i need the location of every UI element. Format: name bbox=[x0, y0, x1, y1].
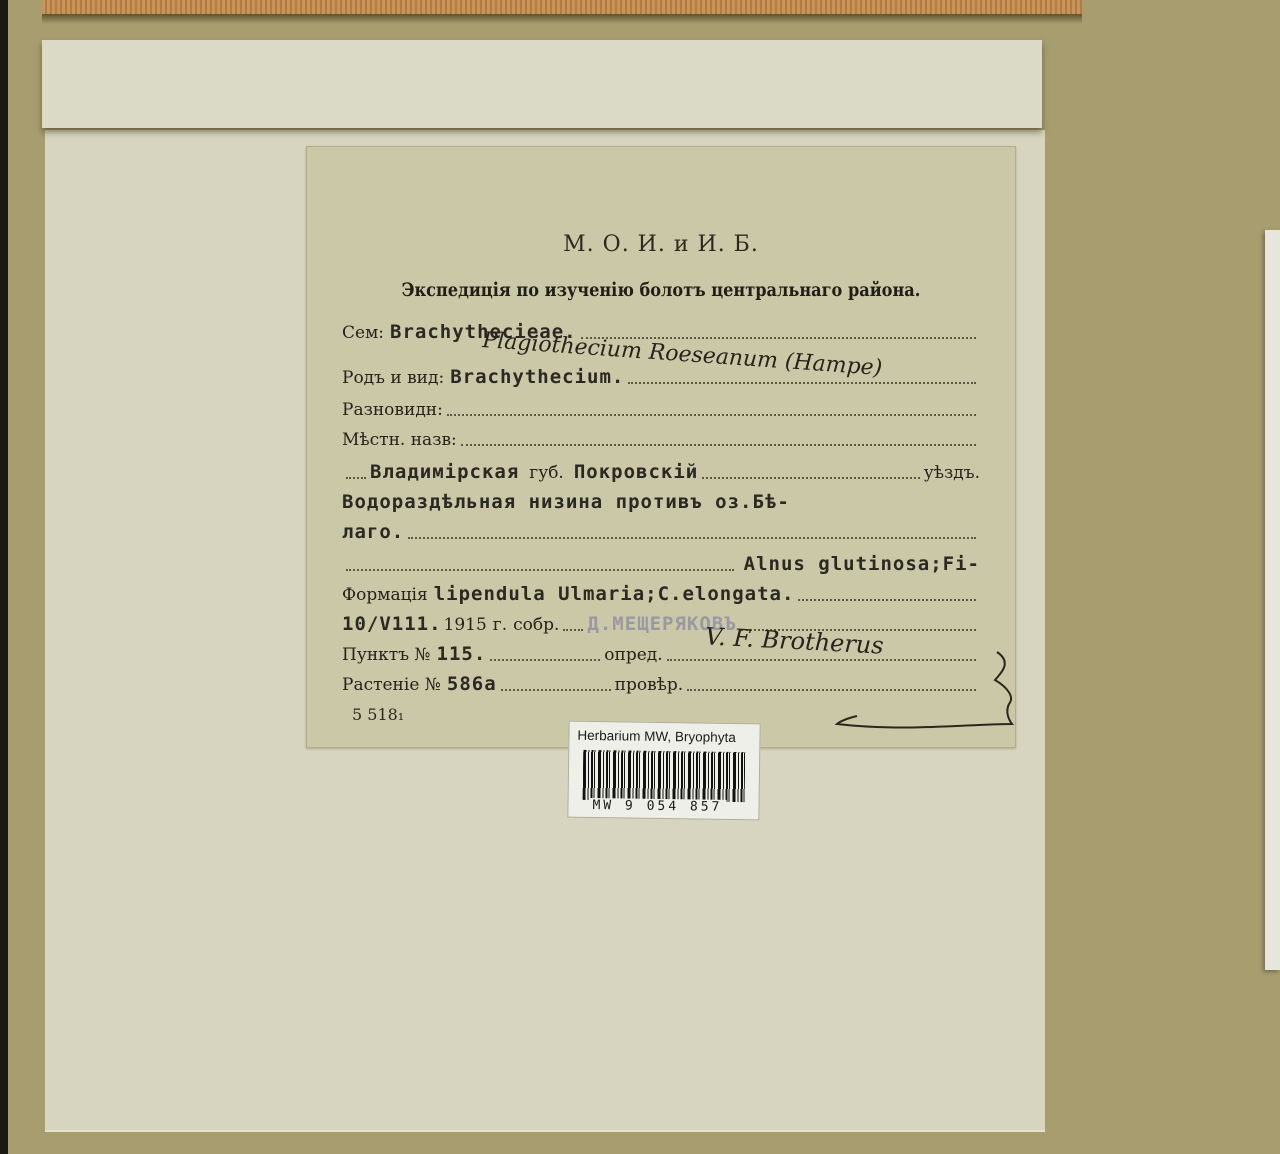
signature-flourish bbox=[827, 642, 1017, 732]
folder-flap bbox=[42, 40, 1042, 128]
formation-row-1: Alnus glutinosa;Fi- bbox=[342, 547, 980, 575]
genus-species-label: Родъ и вид: bbox=[342, 368, 444, 388]
dotted-line bbox=[447, 413, 976, 416]
point-label: Пунктъ № bbox=[342, 645, 431, 665]
district-value: Покровскій bbox=[574, 461, 698, 483]
locality-row-2: Водораздѣльная низина противъ оз.Бѣ- bbox=[342, 485, 980, 513]
dotted-line bbox=[408, 536, 976, 539]
verified-label: провѣр. bbox=[615, 675, 684, 695]
local-name-label: Мѣстн. назв: bbox=[342, 430, 457, 450]
year-suffix: г. bbox=[493, 615, 507, 635]
determined-label: опред. bbox=[604, 645, 662, 665]
catalog-number: 5 518₁ bbox=[352, 705, 404, 724]
locality-row-1: Владимірская губ. Покровскій уѣздъ. bbox=[342, 455, 980, 483]
formation-label: Формація bbox=[342, 585, 428, 605]
variety-label: Разновидн: bbox=[342, 400, 443, 420]
formation-row-2: Формація lipendula Ulmaria;C.elongata. bbox=[342, 577, 980, 605]
province-label: губ. bbox=[529, 463, 564, 483]
genus-species-row: Родъ и вид: Brachythecium. bbox=[342, 360, 980, 388]
locality-row-3: лаго. bbox=[342, 515, 980, 543]
color-ruler-strip bbox=[42, 0, 1082, 14]
province-value: Владимірская bbox=[370, 461, 519, 483]
ruler-shadow bbox=[42, 14, 1082, 24]
dotted-line bbox=[346, 568, 734, 571]
district-label: уѣздъ. bbox=[924, 463, 980, 483]
specimen-label: М. О. И. и И. Б. Экспедиція по изученію … bbox=[306, 146, 1016, 748]
family-row: Сем: Brachythecieae. bbox=[342, 315, 980, 343]
plant-value: 586a bbox=[447, 673, 497, 695]
barcode-label: Herbarium MW, Bryophyta MW 9 054 857 bbox=[567, 721, 760, 821]
herbarium-name: Herbarium MW, Bryophyta bbox=[577, 728, 735, 745]
family-label: Сем: bbox=[342, 323, 384, 343]
dotted-line bbox=[628, 381, 976, 384]
expedition-title: Экспедиція по изученію болотъ центральна… bbox=[360, 279, 962, 301]
point-value: 115. bbox=[437, 643, 487, 665]
locality-line-2: Водораздѣльная низина противъ оз.Бѣ- bbox=[342, 491, 790, 513]
dotted-line bbox=[346, 476, 366, 479]
genus-species-value: Brachythecium. bbox=[450, 366, 624, 388]
collector-label: собр. bbox=[513, 615, 559, 635]
dotted-line bbox=[702, 476, 920, 479]
formation-line-2: lipendula Ulmaria;C.elongata. bbox=[434, 583, 795, 605]
variety-row: Разновидн: bbox=[342, 392, 980, 420]
institution-header: М. О. И. и И. Б. bbox=[307, 232, 1015, 257]
dotted-line bbox=[501, 688, 611, 691]
local-name-row: Мѣстн. назв: bbox=[342, 422, 980, 450]
plant-label: Растеніе № bbox=[342, 675, 441, 695]
collection-date: 10/V111. bbox=[342, 613, 442, 635]
barcode-number: MW 9 054 857 bbox=[588, 798, 726, 815]
dotted-line bbox=[563, 628, 583, 631]
locality-line-3: лаго. bbox=[342, 521, 404, 543]
dotted-line bbox=[798, 598, 976, 601]
scanner-edge bbox=[0, 0, 8, 1154]
barcode-icon bbox=[583, 750, 746, 802]
adjacent-sheet-edge bbox=[1265, 230, 1280, 970]
dotted-line bbox=[490, 658, 600, 661]
formation-line-1: Alnus glutinosa;Fi- bbox=[744, 553, 980, 575]
dotted-line bbox=[461, 443, 976, 446]
collection-year: 1915 bbox=[444, 615, 487, 635]
